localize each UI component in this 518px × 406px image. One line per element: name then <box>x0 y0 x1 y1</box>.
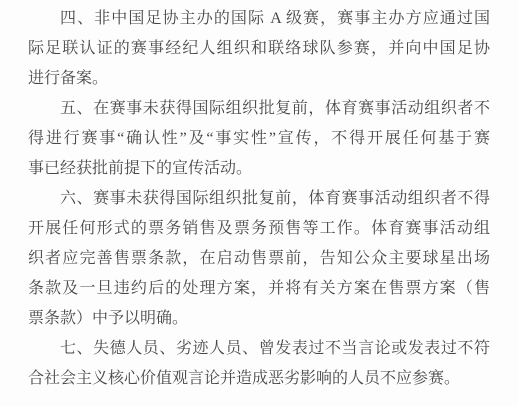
text-line: 织者应完善售票条款，在启动售票前，告知公众主要球星出场 <box>28 244 490 274</box>
text-line: 际足联认证的赛事经纪人组织和联络球队参赛，并向中国足协 <box>28 34 490 64</box>
paragraph-item-4: 四、非中国足协主办的国际 A 级赛，赛事主办方应通过国 际足联认证的赛事经纪人组… <box>28 4 490 94</box>
text-line: 进行备案。 <box>28 64 490 94</box>
document-page: 四、非中国足协主办的国际 A 级赛，赛事主办方应通过国 际足联认证的赛事经纪人组… <box>0 0 518 406</box>
text-line: 六、赛事未获得国际组织批复前，体育赛事活动组织者不得 <box>28 184 490 214</box>
text-line: 四、非中国足协主办的国际 A 级赛，赛事主办方应通过国 <box>28 4 490 34</box>
text-line: 票条款）中予以明确。 <box>28 304 490 334</box>
paragraph-item-5: 五、在赛事未获得国际组织批复前，体育赛事活动组织者不 得进行赛事“确认性”及“事… <box>28 94 490 184</box>
paragraph-item-6: 六、赛事未获得国际组织批复前，体育赛事活动组织者不得 开展任何形式的票务销售及票… <box>28 184 490 334</box>
paragraph-item-7: 七、失德人员、劣迹人员、曾发表过不当言论或发表过不符 合社会主义核心价值观言论并… <box>28 334 490 394</box>
text-line: 条款及一旦违约后的处理方案，并将有关方案在售票方案（售 <box>28 274 490 304</box>
text-line: 得进行赛事“确认性”及“事实性”宣传，不得开展任何基于赛 <box>28 124 490 154</box>
text-line: 合社会主义核心价值观言论并造成恶劣影响的人员不应参赛。 <box>28 364 490 394</box>
text-line: 五、在赛事未获得国际组织批复前，体育赛事活动组织者不 <box>28 94 490 124</box>
text-line: 开展任何形式的票务销售及票务预售等工作。体育赛事活动组 <box>28 214 490 244</box>
text-line: 七、失德人员、劣迹人员、曾发表过不当言论或发表过不符 <box>28 334 490 364</box>
text-line: 事已经获批前提下的宣传活动。 <box>28 154 490 184</box>
